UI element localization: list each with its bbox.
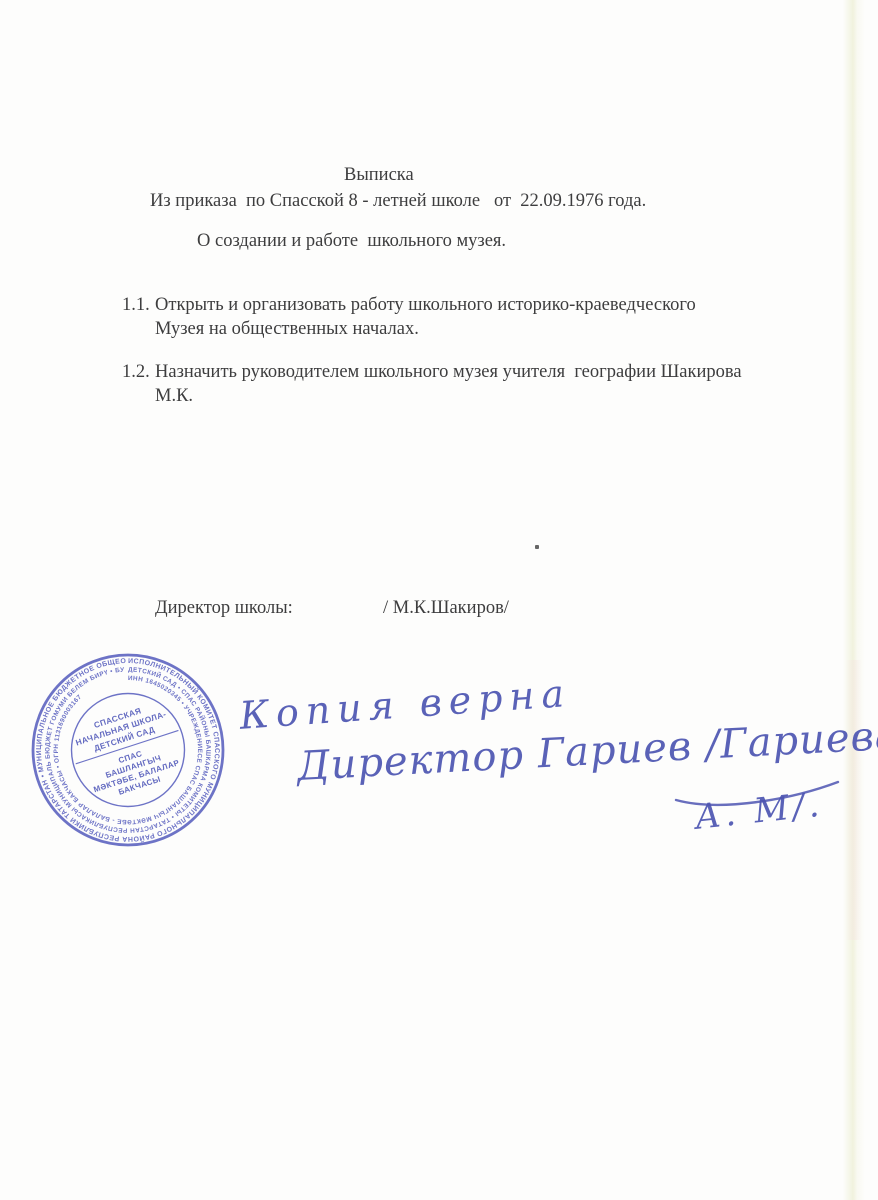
doc-subject: О создании и работе школьного музея. xyxy=(197,229,506,253)
scanned-document-page: Выписка Из приказа по Спасской 8 - летне… xyxy=(0,0,878,1200)
handwriting-initials: А. М/. xyxy=(693,785,825,838)
order-item-1: 1.1. Открыть и организовать работу школь… xyxy=(155,293,696,341)
director-name: / М.К.Шакиров/ xyxy=(383,596,509,620)
round-stamp: ИСПОЛНИТЕЛЬНЫЙ КОМИТЕТ СПАССКОГО МУНИЦИП… xyxy=(30,652,226,848)
ink-speck xyxy=(535,545,539,549)
order-item-2: 1.2. Назначить руководителем школьного м… xyxy=(155,360,742,408)
director-label: Директор школы: xyxy=(155,596,293,620)
stamp-ring2-text: ДЕТСКИЙ САД • СПАС РАЙОНЫ БАШКАРМА КОМИТ… xyxy=(44,666,211,833)
stamp-ring3-text: ИНН 1645020345 • УЧРЕЖДЕНИЕСЕ СПАС БАШЛА… xyxy=(53,675,203,825)
scanner-edge-band-tint xyxy=(846,660,862,940)
order-item-2-number: 1.2. xyxy=(122,360,150,384)
order-item-1-text: Открыть и организовать работу школьного … xyxy=(155,295,696,339)
doc-subtitle: Из приказа по Спасской 8 - летней школе … xyxy=(150,189,646,213)
scanner-edge-band xyxy=(843,0,865,1200)
order-item-1-number: 1.1. xyxy=(122,293,150,317)
order-item-2-text: Назначить руководителем школьного музея … xyxy=(155,362,742,406)
doc-title: Выписка xyxy=(344,163,414,187)
handwriting-copy-certified: Копия верна xyxy=(238,671,572,738)
stamp-outer-circle xyxy=(33,655,223,845)
